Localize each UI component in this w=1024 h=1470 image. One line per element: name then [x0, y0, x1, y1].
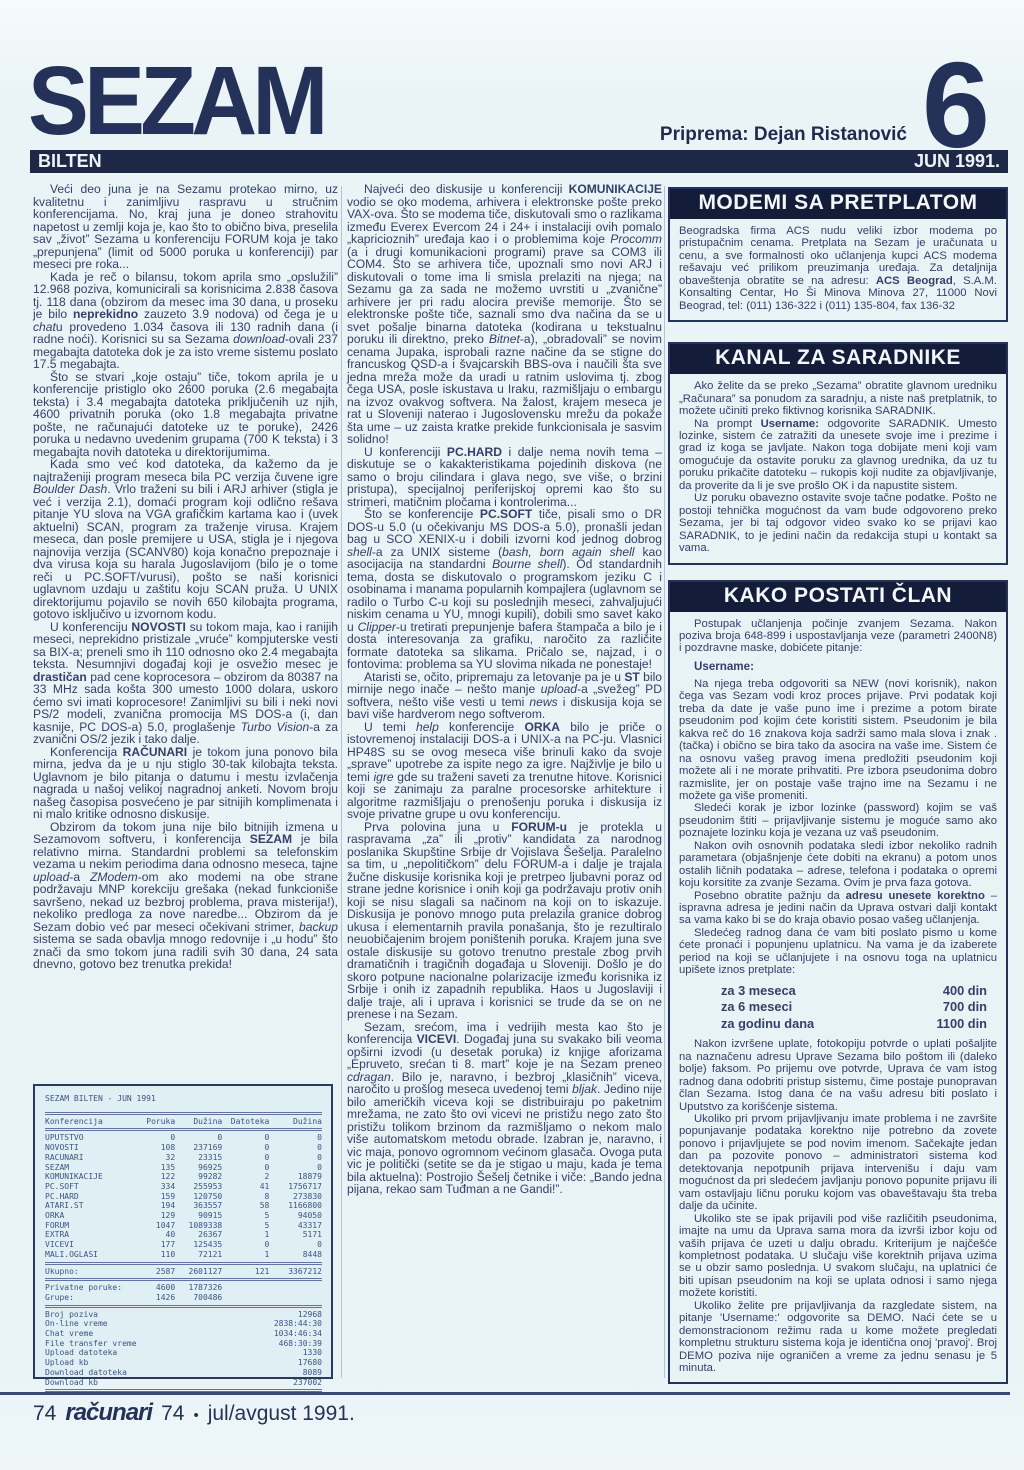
issue-date: JUN 1991. [914, 151, 1000, 172]
sezam-logo: SEZAM [28, 52, 324, 149]
summary-value: 8089 [303, 1368, 322, 1378]
table-cell: 125435 [175, 1240, 222, 1250]
table-cell: NOVOSTI [45, 1143, 139, 1153]
pricing-row: za 3 meseca400 din [721, 983, 987, 1000]
footer-rule [0, 1392, 1010, 1395]
summary-value: 1330 [303, 1348, 322, 1358]
table-cell: 0 [175, 1133, 222, 1143]
paragraph: Ukoliko želite pre prijavljivanja da raz… [679, 1300, 997, 1375]
column-divider-right [664, 186, 665, 1378]
table-cell: 120750 [175, 1192, 222, 1202]
table-cell: PC.SOFT [45, 1182, 139, 1192]
paragraph: Ako želite da se preko „Sezama” obratite… [679, 380, 997, 417]
paragraph: Veći deo juna je na Sezamu protekao mirn… [33, 183, 338, 271]
table-cell: 0 [269, 1143, 322, 1153]
table-row: ATARI.ST194363557581166800 [45, 1201, 322, 1211]
paragraph: Ataristi se, očito, pripremaju za letova… [347, 671, 662, 721]
table-cell: 94050 [269, 1211, 322, 1221]
table-cell: 1787326 [175, 1283, 222, 1293]
table-row: MALI.OGLASI1107212118448 [45, 1250, 322, 1260]
table-cell: SEZAM [45, 1163, 139, 1173]
paragraph: Obzirom da tokom juna nije bilo bitnijih… [33, 821, 338, 971]
table-cell: 43317 [269, 1221, 322, 1231]
table-cell: EXTRA [45, 1230, 139, 1240]
table-cell: 41 [222, 1182, 269, 1192]
table-cell: VICEVI [45, 1240, 139, 1250]
paragraph: Nakon izvršene uplate, fotokopiju potvrd… [679, 1038, 997, 1113]
table-cell: KOMUNIKACIJE [45, 1172, 139, 1182]
infobox-body: Ako želite da se preko „Sezama” obratite… [670, 374, 1006, 562]
stats-table-box: SEZAM BILTEN - JUN 1991 KonferencijaPoru… [33, 1084, 333, 1379]
table-cell: ORKA [45, 1211, 139, 1221]
table-cell: 0 [222, 1153, 269, 1163]
table-cell: Konferencija [45, 1117, 139, 1127]
pricing-period: za 6 meseci [721, 999, 792, 1016]
paragraph: Kada je reč o bilansu, tokom aprila smo … [33, 271, 338, 371]
summary-row: Broj poziva12968 [45, 1310, 322, 1320]
table-cell: RACUNARI [45, 1153, 139, 1163]
table-cell: UPUTSTVO [45, 1133, 139, 1143]
table-cell: 0 [269, 1153, 322, 1163]
table-cell: 2601127 [175, 1267, 222, 1277]
table-cell: 1047 [139, 1221, 175, 1231]
middle-column: Najveći deo diskusije u konferenciji KOM… [347, 183, 662, 1196]
table-cell: 2 [222, 1172, 269, 1182]
table-cell: Dužina [175, 1117, 222, 1127]
separator [45, 1262, 322, 1265]
table-cell: 237169 [175, 1143, 222, 1153]
summary-label: Upload datoteka [45, 1348, 117, 1358]
table-cell: Privatne poruke: [45, 1283, 139, 1293]
table-cell: 1 [222, 1230, 269, 1240]
infobox-body: Postupak učlanjenja počinje zvanjem Seza… [670, 612, 1006, 1383]
infobox-kako-postati-clan: KAKO POSTATI ČLAN Postupak učlanjenja po… [668, 580, 1008, 1385]
byline: Priprema: Dejan Ristanović [595, 124, 907, 146]
stats-table-title: SEZAM BILTEN - JUN 1991 [45, 1094, 322, 1104]
table-cell: 3367212 [269, 1267, 322, 1277]
pricing-amount: 400 din [943, 983, 987, 1000]
table-cell: 96925 [175, 1163, 222, 1173]
right-column: MODEMI SA PRETPLATOM Beogradska firma AC… [668, 187, 1008, 1384]
table-cell: 194 [139, 1201, 175, 1211]
table-cell: Dužina [269, 1117, 322, 1127]
table-row: Grupe:1426700486 [45, 1293, 322, 1303]
table-row: PC.HARD1591207508273830 [45, 1192, 322, 1202]
table-cell: 99282 [175, 1172, 222, 1182]
table-cell: 0 [222, 1143, 269, 1153]
table-cell: 18879 [269, 1172, 322, 1182]
footer-page-number-2: 74 [161, 1402, 184, 1426]
separator [45, 1128, 322, 1131]
bulletin-label: BILTEN [38, 151, 102, 172]
table-cell: 0 [139, 1133, 175, 1143]
table-cell: 1756717 [269, 1182, 322, 1192]
table-cell: 32 [139, 1153, 175, 1163]
table-row: PC.SOFT334255953411756717 [45, 1182, 322, 1192]
summary-row: Download kb237002 [45, 1378, 322, 1388]
table-row: ORKA12990915594050 [45, 1211, 322, 1221]
issue-number: 6 [922, 44, 990, 166]
table-cell: 110 [139, 1250, 175, 1260]
table-cell: MALI.OGLASI [45, 1250, 139, 1260]
paragraph: Ukoliko pri prvom prijavljivanju imate p… [679, 1113, 997, 1213]
table-cell: 58 [222, 1201, 269, 1211]
table-cell: PC.HARD [45, 1192, 139, 1202]
magazine-page: SEZAM Priprema: Dejan Ristanović 6 BILTE… [0, 0, 1024, 1470]
summary-label: Broj poziva [45, 1310, 98, 1320]
summary-row: Upload kb17680 [45, 1358, 322, 1368]
paragraph: U temi help konferencije ORKA bilo je pr… [347, 721, 662, 821]
paragraph: Posebno obratite pažnju da adresu uneset… [679, 890, 997, 927]
table-cell: Poruka [139, 1117, 175, 1127]
paragraph: Sledeći korak je izbor lozinke (password… [679, 802, 997, 839]
infobox-body: Beogradska firma ACS nudu veliki izbor m… [670, 219, 1006, 320]
table-cell: 72121 [175, 1250, 222, 1260]
summary-value: 12968 [298, 1310, 322, 1320]
pricing-list: za 3 meseca400 dinza 6 meseci700 dinza g… [721, 983, 987, 1033]
pricing-row: za godinu dana1100 din [721, 1016, 987, 1033]
paragraph: Najveći deo diskusije u konferenciji KOM… [347, 183, 662, 446]
table-cell: 121 [222, 1267, 269, 1277]
summary-row: Download datoteka8089 [45, 1368, 322, 1378]
summary-label: Download datoteka [45, 1368, 127, 1378]
paragraph: Konferencija RAČUNARI je tokom juna pono… [33, 746, 338, 821]
summary-row: Chat vreme1034:46:34 [45, 1329, 322, 1339]
column-divider-left [341, 186, 342, 1378]
table-cell: 122 [139, 1172, 175, 1182]
table-cell: 0 [269, 1163, 322, 1173]
paragraph: Beogradska firma ACS nudu veliki izbor m… [679, 225, 997, 312]
infobox-title: KANAL ZA SARADNIKE [670, 344, 1006, 374]
summary-value: 468:30:39 [279, 1339, 322, 1349]
table-cell: 40 [139, 1230, 175, 1240]
summary-row: Upload datoteka1330 [45, 1348, 322, 1358]
pricing-period: za 3 meseca [721, 983, 796, 1000]
table-cell: FORUM [45, 1221, 139, 1231]
paragraph: Što se stvari „koje ostaju” tiče, tokom … [33, 371, 338, 459]
left-column: Veći deo juna je na Sezamu protekao mirn… [33, 183, 338, 971]
summary-row: On-line vreme2838:44:30 [45, 1319, 322, 1329]
table-cell: 1 [222, 1250, 269, 1260]
separator [45, 1112, 322, 1115]
table-cell: 177 [139, 1240, 175, 1250]
table-cell: 334 [139, 1182, 175, 1192]
summary-label: Download kb [45, 1378, 98, 1388]
table-row: NOVOSTI10823716900 [45, 1143, 322, 1153]
table-cell: Ukupno: [45, 1267, 139, 1277]
summary-value: 17680 [298, 1358, 322, 1368]
table-cell: 5 [222, 1221, 269, 1231]
pricing-period: za godinu dana [721, 1016, 814, 1033]
magazine-name: računari [65, 1399, 152, 1427]
page-footer: 74 računari 74 • jul/avgust 1991. [33, 1399, 355, 1427]
table-cell: 26367 [175, 1230, 222, 1240]
table-cell [269, 1283, 322, 1293]
table-cell: 0 [222, 1163, 269, 1173]
table-cell: 273830 [269, 1192, 322, 1202]
paragraph: U konferenciju NOVOSTI su tokom maja, ka… [33, 621, 338, 746]
summary-value: 237002 [293, 1378, 322, 1388]
separator [45, 1305, 322, 1308]
table-cell: 5171 [269, 1230, 322, 1240]
table-header-row: KonferencijaPorukaDužinaDatotekaDužina [45, 1117, 322, 1127]
summary-value: 2838:44:30 [274, 1319, 322, 1329]
table-cell: ATARI.ST [45, 1201, 139, 1211]
paragraph: Sledećeg radnog dana će vam biti poslato… [679, 927, 997, 977]
table-row: KOMUNIKACIJE12299282218879 [45, 1172, 322, 1182]
infobox-modemi-sa-pretplatom: MODEMI SA PRETPLATOM Beogradska firma AC… [668, 187, 1008, 322]
table-cell: 23315 [175, 1153, 222, 1163]
table-row: VICEVI17712543500 [45, 1240, 322, 1250]
table-cell: 255953 [175, 1182, 222, 1192]
title-bar: BILTEN JUN 1991. [30, 150, 1008, 173]
table-row: Privatne poruke:46001787326 [45, 1283, 322, 1293]
table-cell [269, 1293, 322, 1303]
footer-issue: jul/avgust 1991. [208, 1402, 355, 1426]
paragraph: Nakon ovih osnovnih podataka sledi izbor… [679, 840, 997, 890]
table-cell: Datoteka [222, 1117, 269, 1127]
table-cell: Grupe: [45, 1293, 139, 1303]
paragraph: Što se konferencije PC.SOFT tiče, pisali… [347, 508, 662, 671]
summary-label: Chat vreme [45, 1329, 93, 1339]
summary-label: File transfer vreme [45, 1339, 137, 1349]
footer-page-number: 74 [33, 1402, 56, 1426]
paragraph: Uz poruku obavezno ostavite svoje tačne … [679, 492, 997, 554]
table-cell: 700486 [175, 1293, 222, 1303]
table-cell: 1426 [139, 1293, 175, 1303]
summary-row: File transfer vreme468:30:39 [45, 1339, 322, 1349]
table-cell [222, 1283, 269, 1293]
table-cell: 135 [139, 1163, 175, 1173]
paragraph: Postupak učlanjenja počinje zvanjem Seza… [679, 618, 997, 655]
table-row: UPUTSTVO0000 [45, 1133, 322, 1143]
table-cell: 8 [222, 1192, 269, 1202]
table-cell: 0 [269, 1133, 322, 1143]
infobox-kanal-za-saradnike: KANAL ZA SARADNIKE Ako želite da se prek… [668, 342, 1008, 564]
stats-table-content: KonferencijaPorukaDužinaDatotekaDužinaUP… [45, 1112, 322, 1393]
table-row: SEZAM1359692500 [45, 1163, 322, 1173]
table-cell: 108 [139, 1143, 175, 1153]
pricing-amount: 1100 din [936, 1016, 987, 1033]
summary-label: On-line vreme [45, 1319, 108, 1329]
table-cell: 129 [139, 1211, 175, 1221]
table-totals-row: Ukupno:258726011271213367212 [45, 1267, 322, 1277]
table-row: FORUM10471089338543317 [45, 1221, 322, 1231]
table-cell: 0 [269, 1240, 322, 1250]
paragraph: Sezam, srećom, ima i vedrijih mesta kao … [347, 1021, 662, 1196]
table-row: EXTRA402636715171 [45, 1230, 322, 1240]
table-cell: 2587 [139, 1267, 175, 1277]
pricing-row: za 6 meseci700 din [721, 999, 987, 1016]
paragraph: Na prompt Username: odgovorite SARADNIK.… [679, 418, 997, 493]
table-cell: 8448 [269, 1250, 322, 1260]
infobox-title: KAKO POSTATI ČLAN [670, 582, 1006, 612]
paragraph: Na njega treba odgovoriti sa NEW (novi k… [679, 678, 997, 803]
footer-bullet: • [193, 1407, 198, 1424]
table-cell: 1166800 [269, 1201, 322, 1211]
paragraph: U konferenciji PC.HARD i dalje nema novi… [347, 446, 662, 509]
summary-value: 1034:46:34 [274, 1329, 322, 1339]
table-cell: 4600 [139, 1283, 175, 1293]
paragraph: Prva polovina juna u FORUM-u je protekla… [347, 821, 662, 1021]
table-cell: 5 [222, 1211, 269, 1221]
table-cell [222, 1293, 269, 1303]
table-cell: 0 [222, 1240, 269, 1250]
paragraph: Ukoliko ste se ipak prijavili pod više r… [679, 1213, 997, 1300]
paragraph: Kada smo već kod datoteka, da kažemo da … [33, 458, 338, 621]
table-cell: 363557 [175, 1201, 222, 1211]
username-prompt: Username: [694, 660, 997, 673]
separator [45, 1278, 322, 1281]
infobox-title: MODEMI SA PRETPLATOM [670, 189, 1006, 219]
table-cell: 0 [222, 1133, 269, 1143]
table-cell: 159 [139, 1192, 175, 1202]
table-cell: 1089338 [175, 1221, 222, 1231]
summary-label: Upload kb [45, 1358, 88, 1368]
table-row: RACUNARI322331500 [45, 1153, 322, 1163]
table-cell: 90915 [175, 1211, 222, 1221]
pricing-amount: 700 din [943, 999, 987, 1016]
